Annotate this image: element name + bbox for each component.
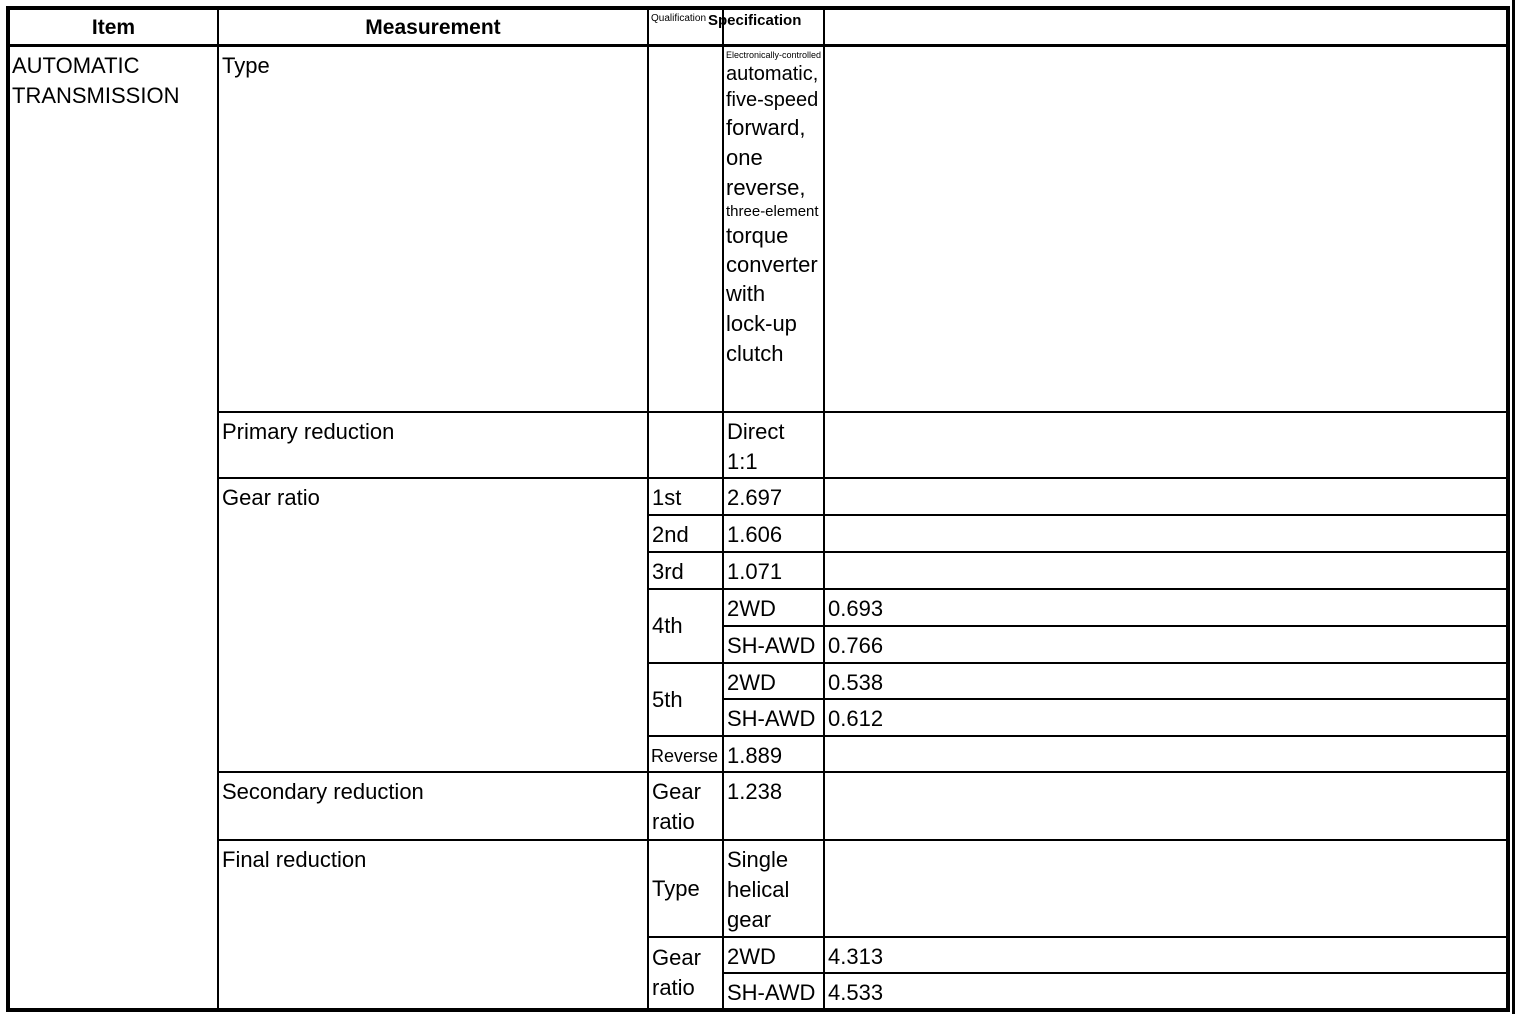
qualification-gear: 1st	[648, 478, 723, 515]
measurement-type: Type	[218, 45, 648, 412]
qualification-gear: 2nd	[648, 515, 723, 552]
spec-final-type-value: Single helical gear	[727, 845, 815, 935]
row-final-reduction-type: Final reduction Type Single helical gear	[8, 840, 1508, 937]
extra-secondary-reduction	[824, 772, 1508, 840]
qualification-gear: Reverse	[648, 736, 723, 772]
spec-gear-value: 2.697	[723, 478, 824, 515]
header-specification: Specification	[723, 8, 824, 45]
spec-primary-reduction-value: Direct 1:1	[727, 417, 815, 477]
spec-drive-value: 0.612	[824, 699, 1508, 736]
spec-drive: SH-AWD	[723, 626, 824, 663]
extra-primary-reduction	[824, 412, 1508, 478]
spec-gear-value: 1.889	[723, 736, 824, 772]
spec-gear-value: 1.606	[723, 515, 824, 552]
header-row: Item Measurement Qualification Specifica…	[8, 8, 1508, 45]
spec-type-line: with	[726, 279, 820, 309]
qualification-gear: 4th	[648, 589, 723, 663]
header-specification-label: Specification	[708, 12, 801, 29]
specification-table: Item Measurement Qualification Specifica…	[6, 6, 1510, 1012]
header-measurement: Measurement	[218, 8, 648, 45]
spec-type-line: clutch	[726, 339, 820, 369]
measurement-secondary-reduction: Secondary reduction	[218, 772, 648, 840]
spec-type-line: torque	[726, 221, 820, 251]
spec-type-line: forward,	[726, 113, 820, 143]
spec-drive: 2WD	[723, 663, 824, 699]
page-edge-divider	[1512, 0, 1515, 1014]
spec-drive: SH-AWD	[723, 699, 824, 736]
spec-drive-value: 0.693	[824, 589, 1508, 626]
spec-drive: SH-AWD	[723, 973, 824, 1010]
qualification-final-gear-ratio: Gear ratio	[648, 937, 723, 1010]
measurement-final-reduction: Final reduction	[218, 840, 648, 1010]
spec-final-type: Single helical gear	[723, 840, 824, 937]
header-qualification-label: Qualification	[651, 14, 706, 24]
qualification-secondary-reduction: Gear ratio	[648, 772, 723, 840]
extra-gear	[824, 478, 1508, 515]
spec-type-line: five-speed	[726, 87, 820, 113]
spec-type: Electronically-controlled automatic, fiv…	[723, 45, 824, 412]
spec-type-line: reverse,	[726, 173, 820, 203]
qualification-type	[648, 45, 723, 412]
qualification-primary-reduction	[648, 412, 723, 478]
qualification-final-type: Type	[648, 840, 723, 937]
measurement-gear-ratio: Gear ratio	[218, 478, 648, 772]
spec-primary-reduction: Direct 1:1	[723, 412, 824, 478]
extra-gear	[824, 736, 1508, 772]
row-gear-1st: Gear ratio 1st 2.697	[8, 478, 1508, 515]
row-secondary-reduction: Secondary reduction Gear ratio 1.238	[8, 772, 1508, 840]
extra-gear	[824, 515, 1508, 552]
spec-type-line: automatic,	[726, 61, 820, 87]
spec-drive-value: 0.766	[824, 626, 1508, 663]
header-blank	[824, 8, 1508, 45]
spec-drive-value: 4.313	[824, 937, 1508, 973]
extra-final-type	[824, 840, 1508, 937]
qualification-gear: 3rd	[648, 552, 723, 589]
item-cell: AUTOMATIC TRANSMISSION	[8, 45, 218, 1010]
extra-type	[824, 45, 1508, 412]
spec-drive: 2WD	[723, 589, 824, 626]
spec-drive-value: 4.533	[824, 973, 1508, 1010]
spec-type-line: Electronically-controlled	[726, 49, 820, 61]
spec-drive-value: 0.538	[824, 663, 1508, 699]
spec-type-line: three-element	[726, 203, 820, 221]
row-primary-reduction: Primary reduction Direct 1:1	[8, 412, 1508, 478]
spec-type-line: one	[726, 143, 820, 173]
measurement-primary-reduction: Primary reduction	[218, 412, 648, 478]
spec-secondary-reduction: 1.238	[723, 772, 824, 840]
spec-type-line: converter	[726, 251, 820, 279]
header-item: Item	[8, 8, 218, 45]
spec-type-line: lock-up	[726, 309, 820, 339]
spec-drive: 2WD	[723, 937, 824, 973]
spec-gear-value: 1.071	[723, 552, 824, 589]
extra-gear	[824, 552, 1508, 589]
qualification-gear: 5th	[648, 663, 723, 736]
row-type: AUTOMATIC TRANSMISSION Type Electronical…	[8, 45, 1508, 412]
